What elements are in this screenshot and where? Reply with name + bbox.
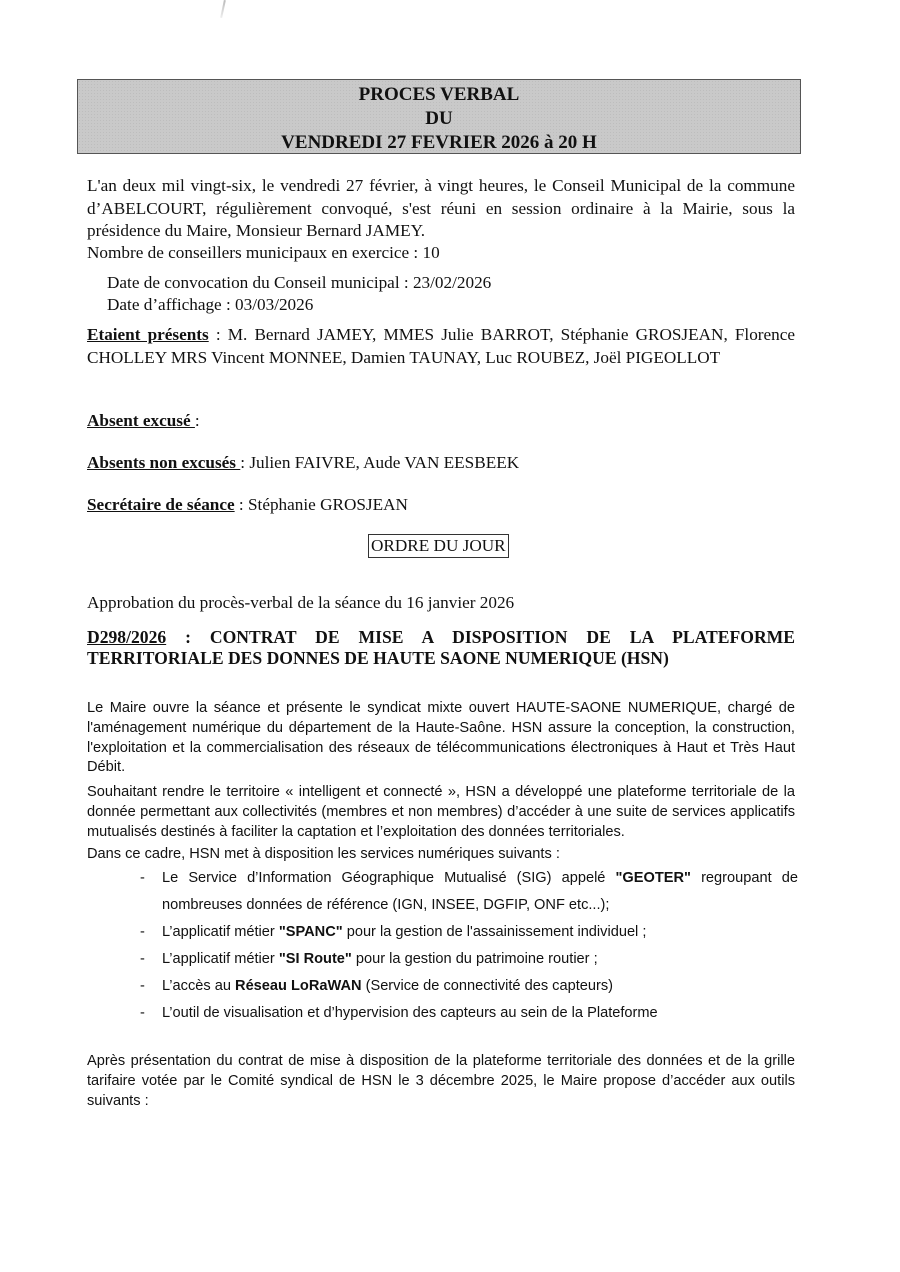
deliberation-number: D298/2026 <box>87 627 166 647</box>
plateforme-paragraph: Souhaitant rendre le territoire « intell… <box>87 783 795 842</box>
dash-bullet-icon: - <box>140 865 145 892</box>
absents-non-excuses-value: : Julien FAIVRE, Aude VAN EESBEEK <box>240 453 519 472</box>
conseillers-count: Nombre de conseillers municipaux en exer… <box>87 242 795 265</box>
ordre-du-jour-heading: ORDRE DU JOUR <box>368 534 509 558</box>
hsn-presentation-paragraph: Le Maire ouvre la séance et présente le … <box>87 699 795 778</box>
dash-bullet-icon: - <box>140 919 145 946</box>
secretaire-value: : Stéphanie GROSJEAN <box>235 495 408 514</box>
deliberation-subject: : CONTRAT DE MISE A DISPOSITION DE LA PL… <box>87 627 795 668</box>
dash-bullet-icon: - <box>140 1000 145 1027</box>
list-item: -L’outil de visualisation et d’hypervisi… <box>140 1000 798 1027</box>
dash-bullet-icon: - <box>140 946 145 973</box>
absents-non-excuses: Absents non excusés : Julien FAIVRE, Aud… <box>87 452 795 475</box>
title-line-3: VENDREDI 27 FEVRIER 2026 à 20 H <box>78 131 800 155</box>
convocation-date: Date de convocation du Conseil municipal… <box>107 272 815 295</box>
list-item: -L’applicatif métier "SI Route" pour la … <box>140 946 798 973</box>
title-line-2: DU <box>78 107 800 131</box>
secretaire-label: Secrétaire de séance <box>87 495 235 514</box>
absent-excuse-label: Absent excusé <box>87 411 195 430</box>
absent-excuse-value: : <box>195 411 200 430</box>
dash-bullet-icon: - <box>140 973 145 1000</box>
list-item: -L’accès au Réseau LoRaWAN (Service de c… <box>140 973 798 1000</box>
list-item: -Le Service d’Information Géographique M… <box>140 865 798 919</box>
presents-paragraph: Etaient présents : M. Bernard JAMEY, MME… <box>87 324 795 369</box>
proposition-paragraph: Après présentation du contrat de mise à … <box>87 1052 795 1111</box>
affichage-date: Date d’affichage : 03/03/2026 <box>107 294 815 317</box>
absent-excuse: Absent excusé : <box>87 410 795 433</box>
scan-artifact <box>220 0 226 18</box>
secretaire-seance: Secrétaire de séance : Stéphanie GROSJEA… <box>87 494 795 517</box>
title-line-1: PROCES VERBAL <box>78 83 800 107</box>
approbation-item: Approbation du procès-verbal de la séanc… <box>87 592 795 615</box>
document-title-banner: PROCES VERBAL DU VENDREDI 27 FEVRIER 202… <box>77 79 801 154</box>
services-list: -Le Service d’Information Géographique M… <box>140 865 798 1027</box>
presents-label: Etaient présents <box>87 325 209 344</box>
services-intro: Dans ce cadre, HSN met à disposition les… <box>87 845 795 865</box>
intro-paragraph: L'an deux mil vingt-six, le vendredi 27 … <box>87 175 795 243</box>
list-item: -L’applicatif métier "SPANC" pour la ges… <box>140 919 798 946</box>
deliberation-title: D298/2026 : CONTRAT DE MISE A DISPOSITIO… <box>87 627 795 669</box>
absents-non-excuses-label: Absents non excusés <box>87 453 240 472</box>
